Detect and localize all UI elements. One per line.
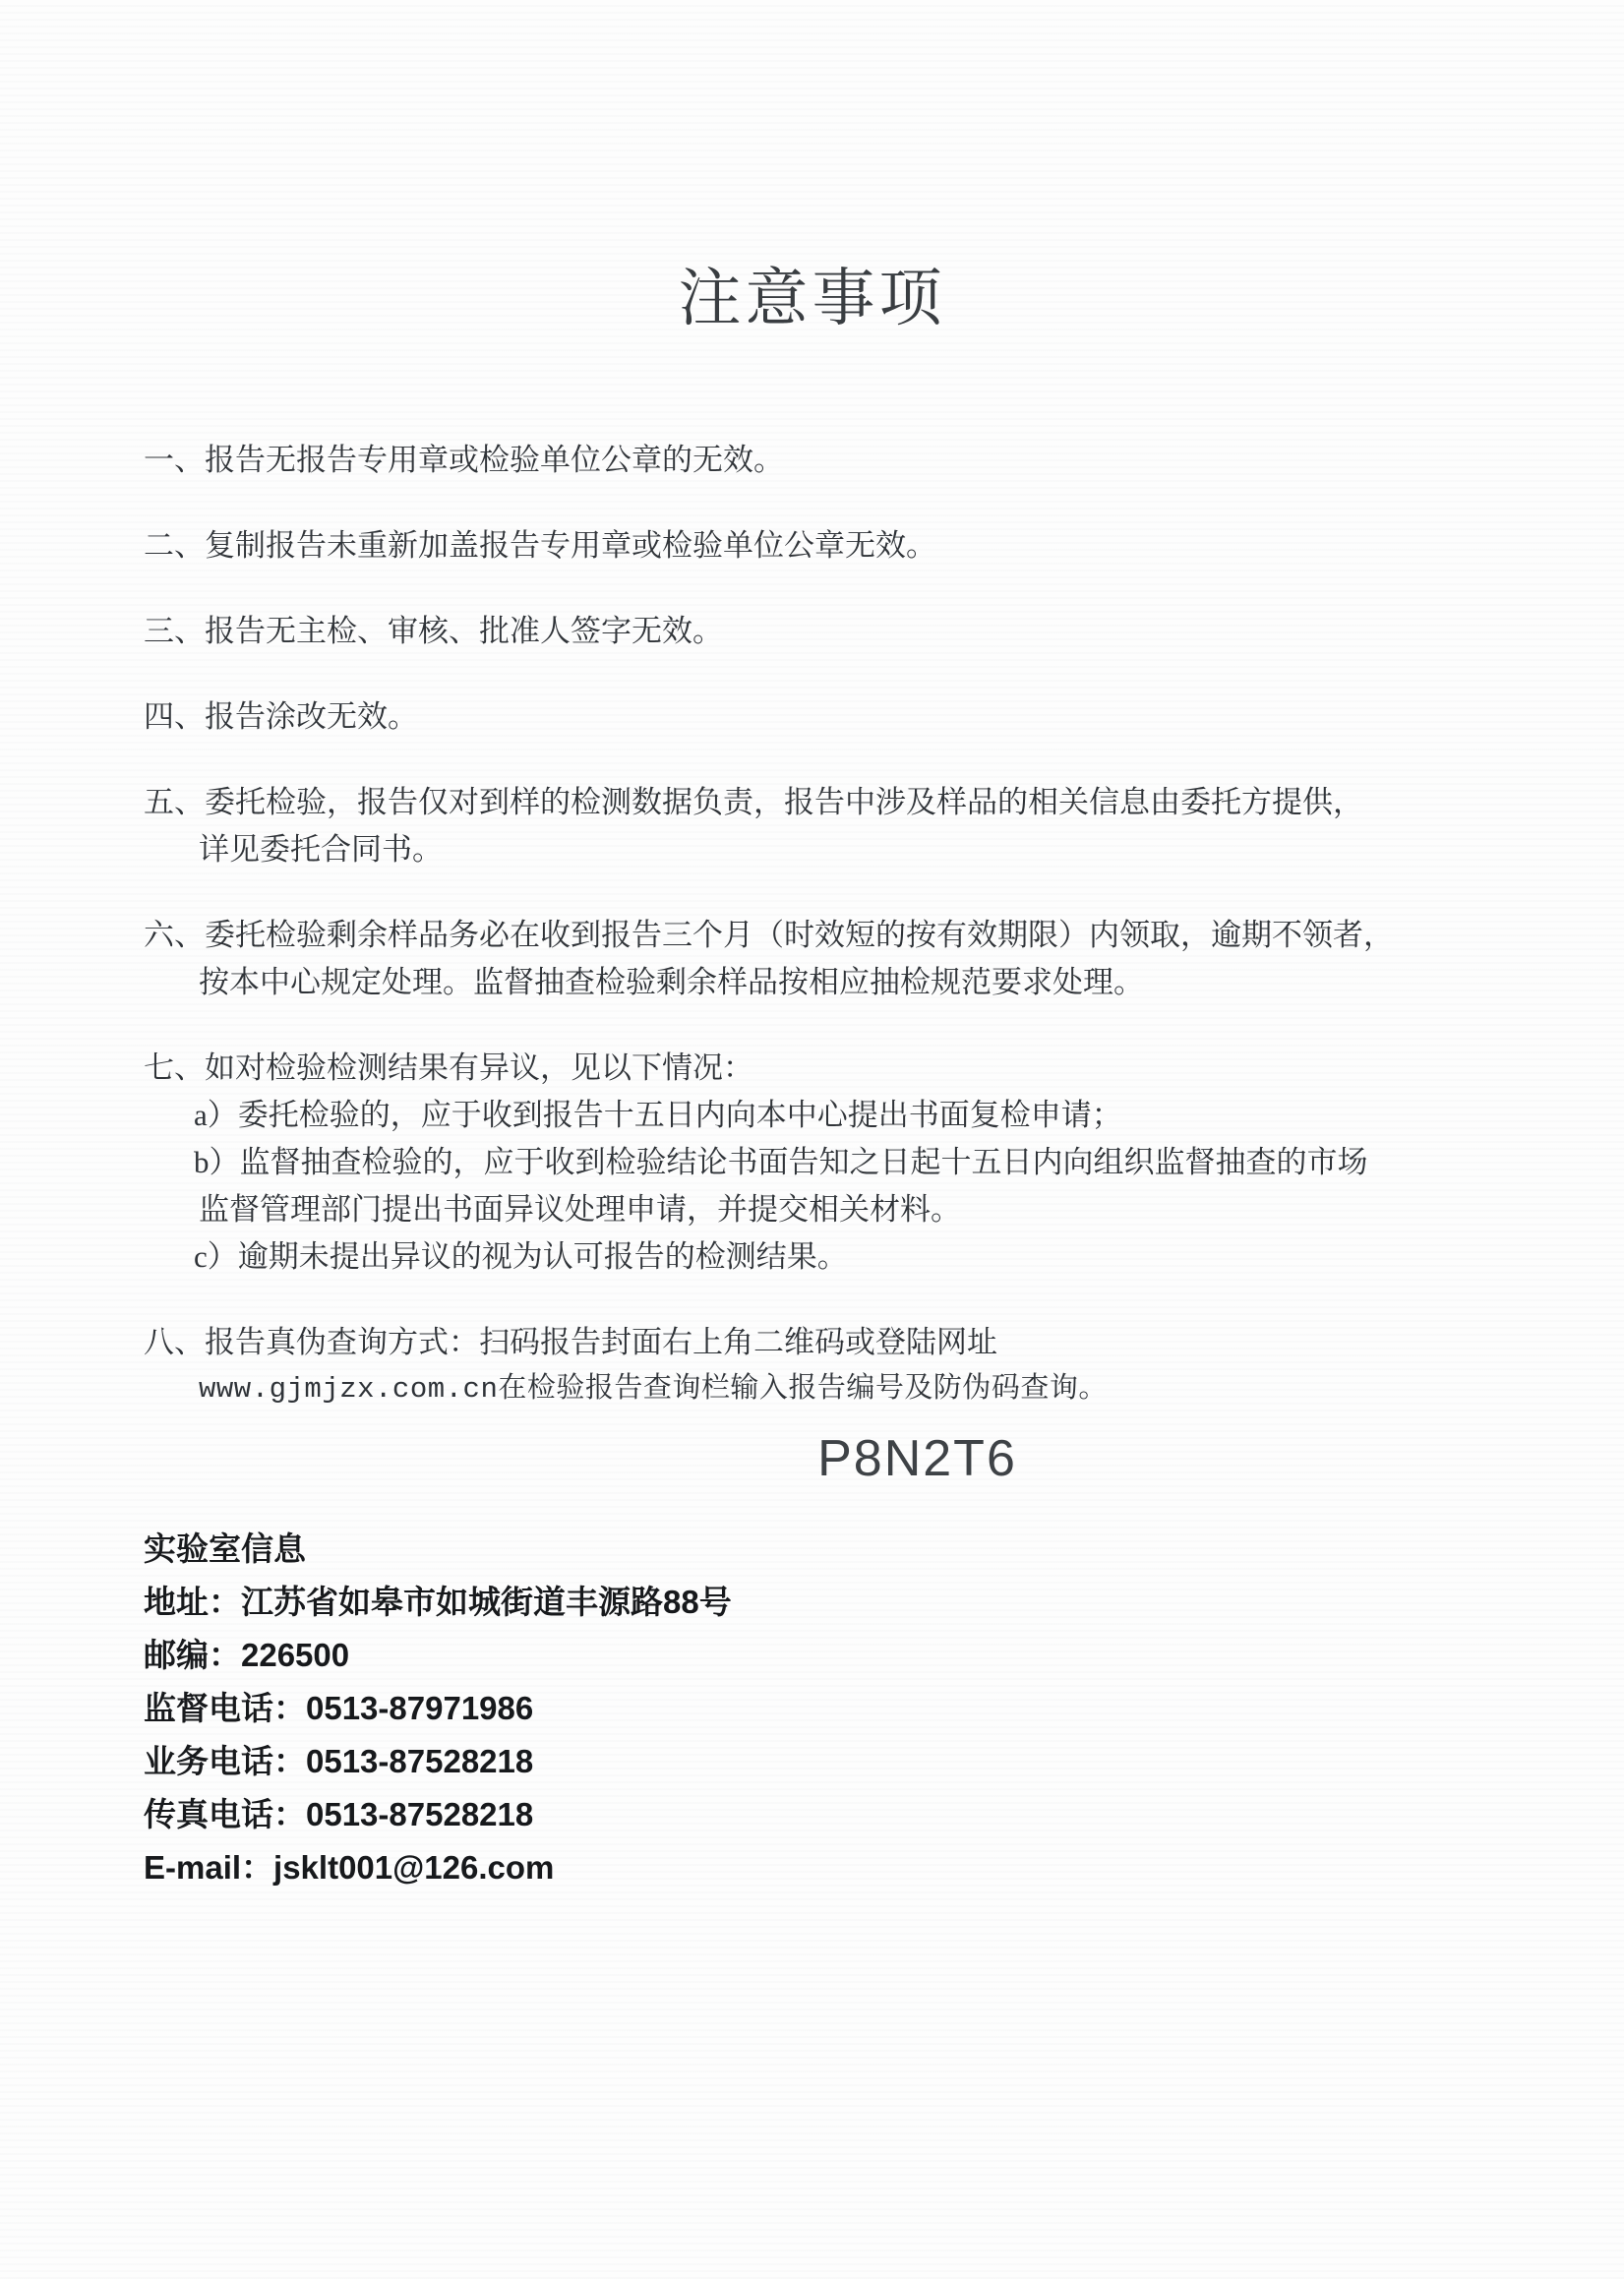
notice-line: 六、委托检验剩余样品务必在收到报告三个月（时效短的按有效期限）内领取，逾期不领者… (144, 912, 1594, 959)
notice-item-1: 一、报告无报告专用章或检验单位公章的无效。 (144, 437, 1594, 484)
notice-line: 监督管理部门提出书面异议处理申请，并提交相关材料。 (199, 1186, 1594, 1233)
lab-info: 实验室信息 地址：江苏省如皋市如城街道丰源路88号 邮编：226500 监督电话… (144, 1523, 732, 1894)
notice-item-7: 七、如对检验检测结果有异议，见以下情况： a）委托检验的，应于收到报告十五日内向… (144, 1045, 1594, 1281)
notice-line: 八、报告真伪查询方式：扫码报告封面右上角二维码或登陆网址 (144, 1319, 1594, 1366)
notice-line: 五、委托检验，报告仅对到样的检测数据负责，报告中涉及样品的相关信息由委托方提供， (144, 779, 1594, 826)
notice-item-5: 五、委托检验，报告仅对到样的检测数据负责，报告中涉及样品的相关信息由委托方提供，… (144, 779, 1594, 873)
notice-page: 注意事项 一、报告无报告专用章或检验单位公章的无效。 二、复制报告未重新加盖报告… (0, 0, 1624, 2279)
lab-postal-code: 邮编：226500 (144, 1629, 732, 1682)
lab-fax-phone: 传真电话：0513-87528218 (144, 1788, 732, 1841)
notice-line: 三、报告无主检、审核、批准人签字无效。 (144, 608, 1594, 655)
notice-line: 按本中心规定处理。监督抽查检验剩余样品按相应抽检规范要求处理。 (199, 959, 1594, 1006)
lab-info-heading: 实验室信息 (144, 1523, 732, 1576)
notice-subitem-b: b）监督抽查检验的，应于收到检验结论书面告知之日起十五日内向组织监督抽查的市场 (194, 1139, 1594, 1186)
notice-item-4: 四、报告涂改无效。 (144, 693, 1594, 741)
lab-address: 地址：江苏省如皋市如城街道丰源路88号 (144, 1576, 732, 1629)
notice-item-3: 三、报告无主检、审核、批准人签字无效。 (144, 608, 1594, 655)
lab-business-phone: 业务电话：0513-87528218 (144, 1735, 732, 1788)
notice-line: 四、报告涂改无效。 (144, 693, 1594, 741)
notice-line: 七、如对检验检测结果有异议，见以下情况： (144, 1045, 1594, 1092)
report-query-url-line: www.gjmjzx.com.cn在检验报告查询栏输入报告编号及防伪码查询。 (199, 1366, 1594, 1413)
lab-supervision-phone: 监督电话：0513-87971986 (144, 1682, 732, 1735)
notice-item-2: 二、复制报告未重新加盖报告专用章或检验单位公章无效。 (144, 522, 1594, 570)
page-title: 注意事项 (0, 264, 1624, 332)
notice-subitem-a: a）委托检验的，应于收到报告十五日内向本中心提出书面复检申请； (194, 1092, 1594, 1139)
notice-line: 二、复制报告未重新加盖报告专用章或检验单位公章无效。 (144, 522, 1594, 570)
notice-line: 详见委托合同书。 (199, 826, 1594, 873)
notice-item-6: 六、委托检验剩余样品务必在收到报告三个月（时效短的按有效期限）内领取，逾期不领者… (144, 912, 1594, 1006)
notice-list: 一、报告无报告专用章或检验单位公章的无效。 二、复制报告未重新加盖报告专用章或检… (144, 437, 1594, 1413)
notice-item-8: 八、报告真伪查询方式：扫码报告封面右上角二维码或登陆网址 www.gjmjzx.… (144, 1319, 1594, 1413)
notice-line: 一、报告无报告专用章或检验单位公章的无效。 (144, 437, 1594, 484)
lab-email: E-mail：jsklt001@126.com (144, 1841, 732, 1894)
verification-code: P8N2T6 (0, 1428, 1624, 1489)
notice-subitem-c: c）逾期未提出异议的视为认可报告的检测结果。 (194, 1233, 1594, 1281)
